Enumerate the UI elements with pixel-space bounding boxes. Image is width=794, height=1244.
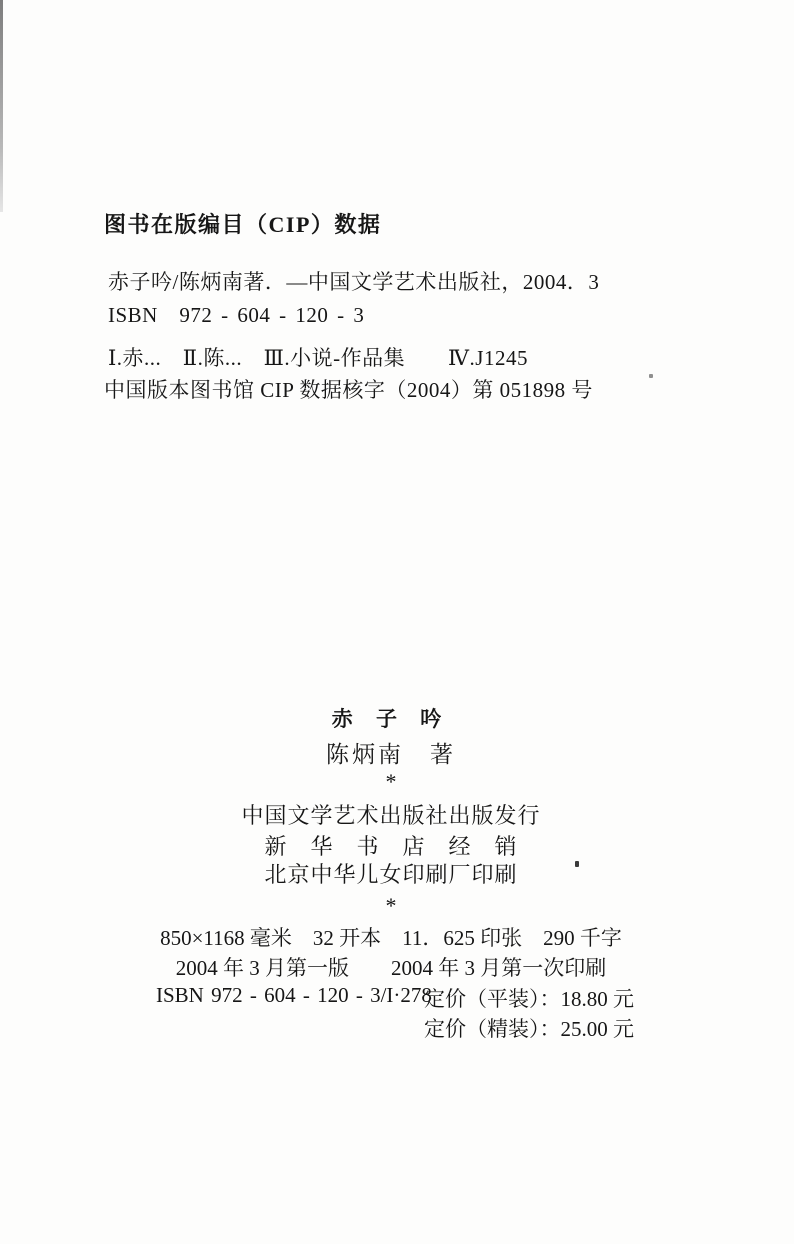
- cip-header: 图书在版编目（CIP）数据: [104, 208, 381, 239]
- cip-isbn: ISBN 972 - 604 - 120 - 3: [108, 299, 364, 329]
- cip-record-number: 中国版本图书馆 CIP 数据核字（2004）第 051898 号: [104, 374, 593, 404]
- separator-asterisk: *: [0, 771, 782, 793]
- book-author: 陈炳南 著: [0, 736, 782, 769]
- cip-title-statement: 赤子吟/陈炳南著．—中国文学艺术出版社，2004．3: [108, 266, 599, 296]
- isbn-bottom: ISBN 972 - 604 - 120 - 3/I·278: [156, 983, 432, 1008]
- price-paperback: 定价（平装）：18.80 元: [424, 983, 634, 1013]
- distributor-line: 新 华 书 店 经 销: [0, 830, 782, 861]
- separator-asterisk: *: [0, 895, 782, 917]
- cip-classification: Ⅰ.赤... Ⅱ.陈... Ⅲ.小说-作品集 Ⅳ.J1245: [108, 342, 528, 372]
- format-spec-line: 850×1168 毫米 32 开本 11．625 印张 290 千字: [0, 922, 782, 952]
- publisher-line: 中国文学艺术出版社出版发行: [0, 799, 782, 830]
- price-hardcover: 定价（精装）：25.00 元: [424, 1013, 634, 1043]
- printer-line: 北京中华儿女印刷厂印刷: [0, 858, 782, 889]
- book-title: 赤 子 吟: [0, 703, 782, 733]
- edition-line: 2004 年 3 月第一版 2004 年 3 月第一次印刷: [0, 952, 782, 982]
- scan-speck: [649, 374, 653, 378]
- book-copyright-page: 图书在版编目（CIP）数据 赤子吟/陈炳南著．—中国文学艺术出版社，2004．3…: [0, 0, 794, 1244]
- page-edge-shadow: [0, 0, 3, 212]
